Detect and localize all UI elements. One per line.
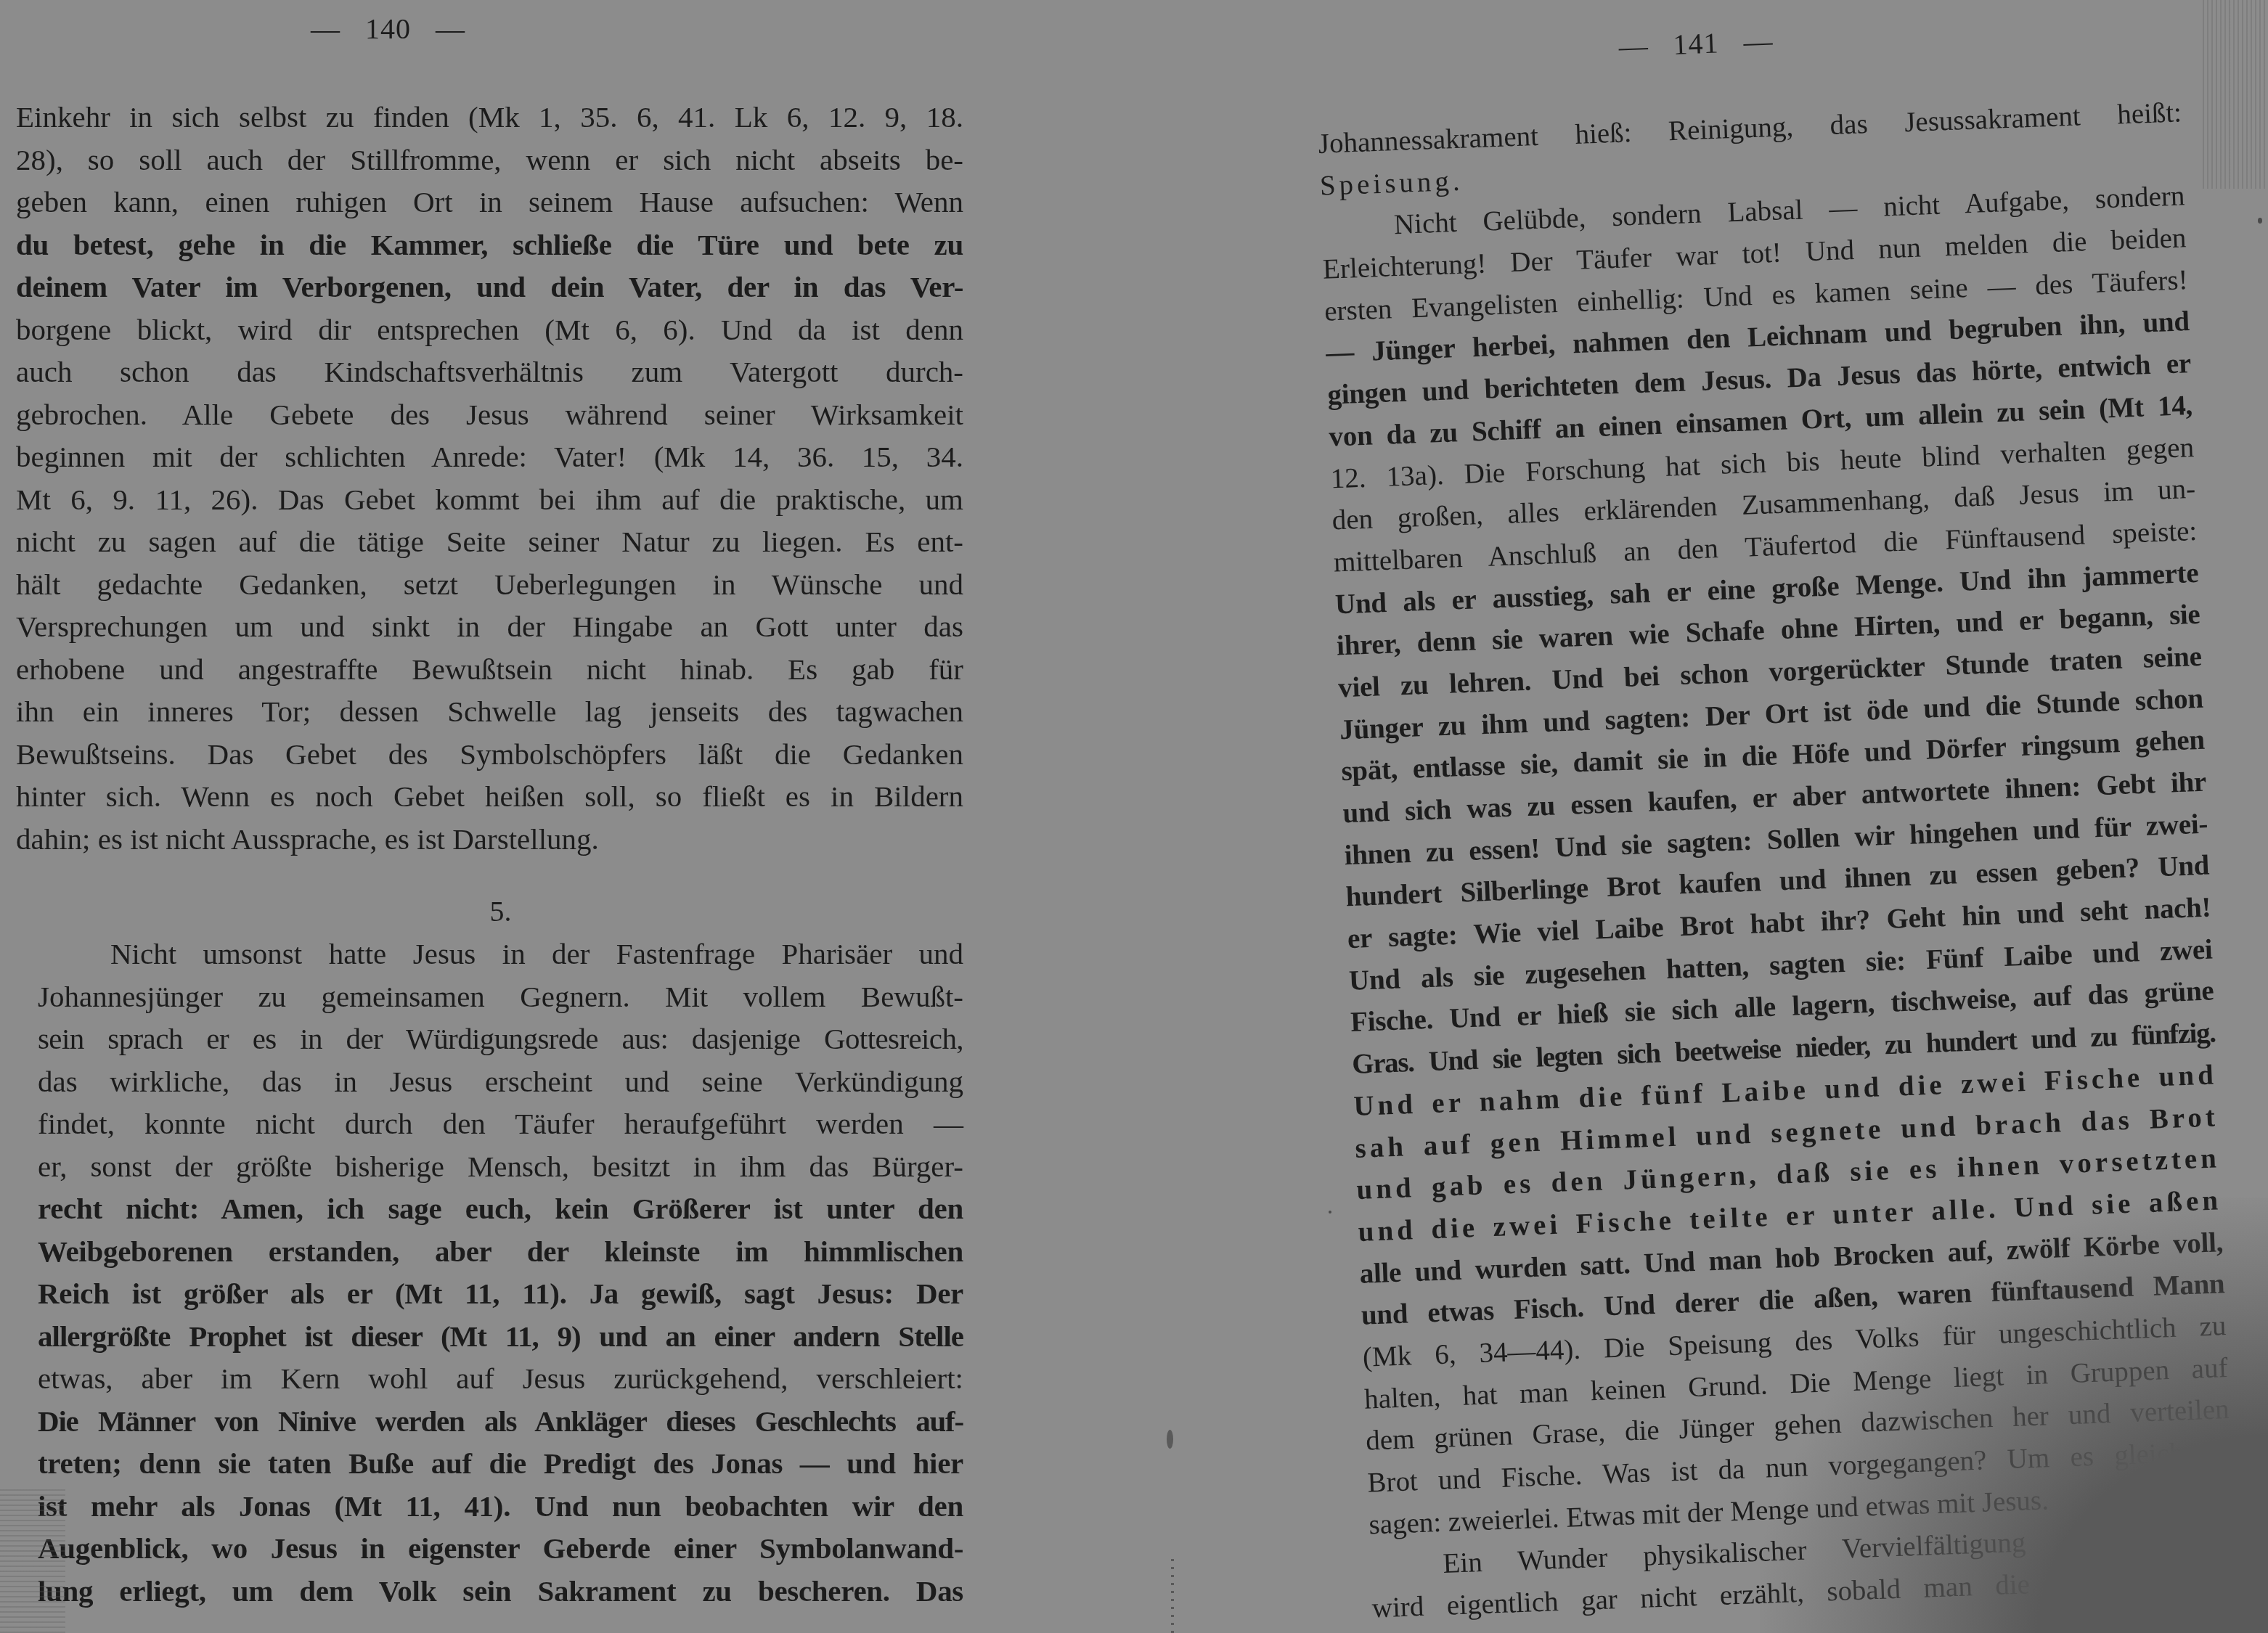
left-paragraph-2: Nicht umsonst hatte Jesus in der Fastenf…: [16, 933, 963, 1612]
text-line: dahin; es ist nicht Aussprache, es ist D…: [16, 818, 963, 861]
text-line: deinem Vater im Verborgenen, und dein Va…: [16, 266, 963, 308]
text-line: treten; denn sie taten Buße auf die Pred…: [38, 1442, 963, 1485]
stray-dot: [1329, 1211, 1331, 1214]
text-line: Reich ist größer als er (Mt 11, 11). Ja …: [38, 1272, 963, 1315]
text-line: lung erliegt, um dem Volk sein Sakrament…: [38, 1570, 963, 1613]
text-line: etwas, aber im Kern wohl auf Jesus zurüc…: [38, 1357, 963, 1400]
left-paragraph-1: Einkehr in sich selbst zu finden (Mk 1, …: [16, 96, 963, 860]
text-line: erhobene und angestraffte Bewußtsein nic…: [16, 648, 963, 691]
gutter-blemish: [1167, 1430, 1173, 1449]
text-line: Johannesjünger zu gemeinsamen Gegnern. M…: [38, 975, 963, 1018]
page-number-right: —141—: [1212, 0, 2179, 91]
text-line: Bewußtseins. Das Gebet des Symbolschöpfe…: [16, 733, 963, 776]
text-line: allergrößte Prophet ist dieser (Mt 11, 9…: [38, 1315, 963, 1358]
scan-speckle-edge: [2203, 0, 2268, 189]
page-number-value: 141: [1673, 27, 1720, 61]
section-heading: 5.: [38, 860, 963, 933]
page-number-dash: —: [1742, 12, 1774, 71]
text-line: Weibgeborenen erstanden, aber der kleins…: [38, 1230, 963, 1273]
page-number-dash: —: [311, 0, 340, 58]
text-line: geben kann, einen ruhigen Ort in seinem …: [16, 181, 963, 224]
text-line: sein sprach er es in der Würdigungsrede …: [38, 1018, 963, 1060]
right-paragraph-2: Nicht Gelübde, sondern Labsal — nicht Au…: [1321, 176, 2233, 1546]
text-line: Die Männer von Ninive werden als Ankläge…: [38, 1400, 963, 1443]
text-line: auch schon das Kindschaftsverhältnis zum…: [16, 351, 963, 393]
text-line: nicht zu sagen auf die tätige Seite sein…: [16, 520, 963, 563]
text-line: Einkehr in sich selbst zu finden (Mk 1, …: [16, 96, 963, 139]
text-line: borgene blickt, wird dir entsprechen (Mt…: [16, 308, 963, 351]
text-line: Nicht umsonst hatte Jesus in der Fastenf…: [38, 933, 963, 975]
text-line: ist mehr als Jonas (Mt 11, 41). Und nun …: [38, 1485, 963, 1528]
text-line: findet, konnte nicht durch den Täufer he…: [38, 1102, 963, 1145]
text-line: hält gedachte Gedanken, setzt Ueberlegun…: [16, 563, 963, 606]
page-number-dash: —: [1618, 17, 1649, 75]
text-line: 28), so soll auch der Stillfromme, wenn …: [16, 139, 963, 181]
text-line: das wirkliche, das in Jesus erscheint un…: [38, 1060, 963, 1103]
text-line: Versprechungen um und sinkt in der Hinga…: [16, 605, 963, 648]
text-line: hinter sich. Wenn es noch Gebet heißen s…: [16, 775, 963, 818]
text-line: beginnen mit der schlichten Anrede: Vate…: [16, 435, 963, 478]
text-line: er, sonst der größte bisherige Mensch, b…: [38, 1145, 963, 1188]
text-line: ihn ein inneres Tor; dessen Schwelle lag…: [16, 690, 963, 733]
text-line: gebrochen. Alle Gebete des Jesus während…: [16, 393, 963, 436]
left-page: —140— Einkehr in sich selbst zu finden (…: [16, 0, 963, 1612]
page-number-value: 140: [365, 12, 411, 45]
text-line: du betest, gehe in die Kammer, schließe …: [16, 224, 963, 266]
text-line: Augenblick, wo Jesus in eigenster Geberd…: [38, 1527, 963, 1570]
book-spread: —140— Einkehr in sich selbst zu finden (…: [0, 0, 2268, 1633]
text-line: Mt 6, 9. 11, 26). Das Gebet kommt bei ih…: [16, 478, 963, 521]
text-line: recht nicht: Amen, ich sage euch, kein G…: [38, 1187, 963, 1230]
page-number-left: —140—: [0, 0, 963, 58]
right-page: —141— Johannessakrament hieß: Reinigung,…: [1314, 0, 2236, 1629]
stray-dot: [2258, 218, 2262, 224]
gutter-speckle: [1171, 1553, 1174, 1633]
page-number-dash: —: [436, 0, 465, 58]
